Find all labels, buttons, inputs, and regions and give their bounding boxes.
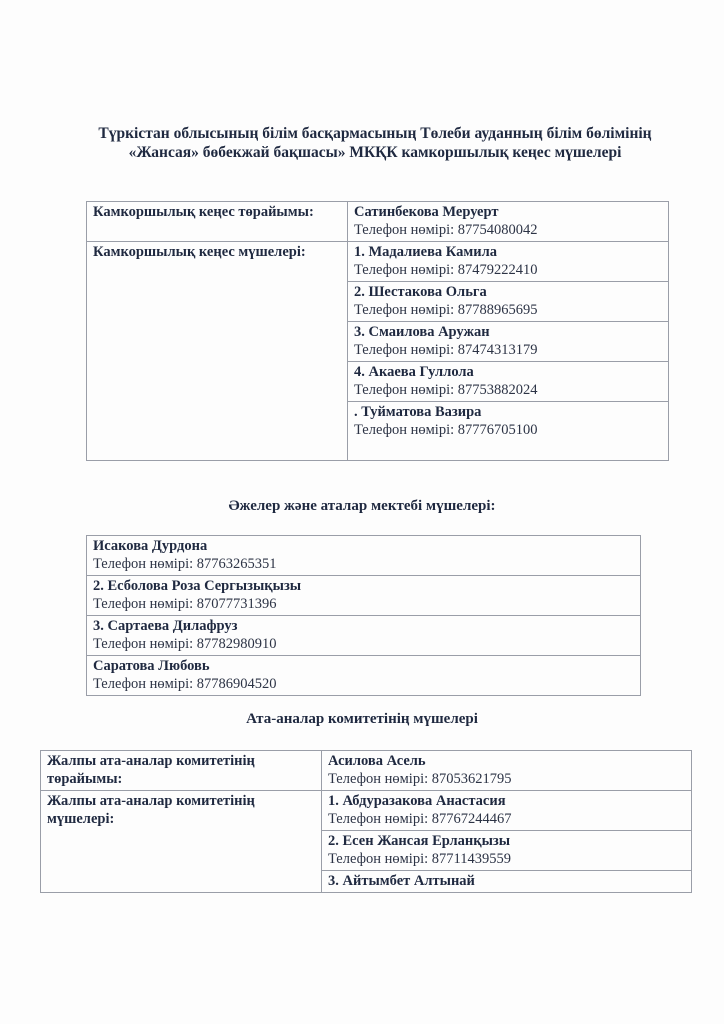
parents-member: 1. Абдуразакова Анастасия Телефон нөмірі… bbox=[322, 791, 692, 831]
person-name: Исакова Дурдона bbox=[93, 537, 634, 555]
grandparent-member: Саратова Любовь Телефон нөмірі: 87786904… bbox=[87, 656, 641, 696]
person-name: Сатинбекова Меруерт bbox=[354, 203, 662, 221]
person-phone: Телефон нөмірі: 87479222410 bbox=[354, 261, 662, 279]
board-members-label: Камкоршылық кеңес мүшелері: bbox=[87, 242, 348, 461]
parents-chair-label: Жалпы ата-аналар комитетінің төрайымы: bbox=[41, 751, 322, 791]
person-name: 3. Сартаева Дилафруз bbox=[93, 617, 634, 635]
person-phone: Телефон нөмірі: 87782980910 bbox=[93, 635, 634, 653]
parents-members-label: Жалпы ата-аналар комитетінің мүшелері: bbox=[41, 791, 322, 893]
person-phone: Телефон нөмірі: 87788965695 bbox=[354, 301, 662, 319]
person-phone: Телефон нөмірі: 87711439559 bbox=[328, 850, 685, 868]
board-chair: Сатинбекова Меруерт Телефон нөмірі: 8775… bbox=[348, 202, 669, 242]
person-name: 2. Есболова Роза Сергызықызы bbox=[93, 577, 634, 595]
person-name: 1. Абдуразакова Анастасия bbox=[328, 792, 685, 810]
parents-heading: Ата-аналар комитетінің мүшелері bbox=[0, 711, 724, 728]
board-member: 4. Акаева Гуллола Телефон нөмірі: 877538… bbox=[348, 362, 669, 402]
person-phone: Телефон нөмірі: 87754080042 bbox=[354, 221, 662, 239]
document-title: Түркістан облысының білім басқармасының … bbox=[80, 124, 670, 162]
board-member: 1. Мадалиева Камила Телефон нөмірі: 8747… bbox=[348, 242, 669, 282]
person-name: 3. Айтымбет Алтынай bbox=[328, 872, 685, 890]
parents-table: Жалпы ата-аналар комитетінің төрайымы: А… bbox=[40, 750, 692, 893]
person-phone: Телефон нөмірі: 87053621795 bbox=[328, 770, 685, 788]
grandparents-table: Исакова Дурдона Телефон нөмірі: 87763265… bbox=[86, 535, 641, 696]
person-name: 4. Акаева Гуллола bbox=[354, 363, 662, 381]
grandparent-member: 2. Есболова Роза Сергызықызы Телефон нөм… bbox=[87, 576, 641, 616]
board-table: Камкоршылық кеңес төрайымы: Сатинбекова … bbox=[86, 201, 669, 461]
parents-member: 3. Айтымбет Алтынай bbox=[322, 871, 692, 893]
person-name: 1. Мадалиева Камила bbox=[354, 243, 662, 261]
person-phone: Телефон нөмірі: 87077731396 bbox=[93, 595, 634, 613]
person-phone: Телефон нөмірі: 87753882024 bbox=[354, 381, 662, 399]
grandparent-member: 3. Сартаева Дилафруз Телефон нөмірі: 877… bbox=[87, 616, 641, 656]
board-member: 2. Шестакова Ольга Телефон нөмірі: 87788… bbox=[348, 282, 669, 322]
grandparents-heading: Әжелер және аталар мектебі мүшелері: bbox=[0, 498, 724, 515]
board-chair-label: Камкоршылық кеңес төрайымы: bbox=[87, 202, 348, 242]
person-name: 2. Шестакова Ольга bbox=[354, 283, 662, 301]
person-phone: Телефон нөмірі: 87474313179 bbox=[354, 341, 662, 359]
grandparent-member: Исакова Дурдона Телефон нөмірі: 87763265… bbox=[87, 536, 641, 576]
person-name: 2. Есен Жансая Ерланқызы bbox=[328, 832, 685, 850]
board-member: . Туйматова Вазира Телефон нөмірі: 87776… bbox=[348, 402, 669, 461]
person-name: . Туйматова Вазира bbox=[354, 403, 662, 421]
person-phone: Телефон нөмірі: 87786904520 bbox=[93, 675, 634, 693]
board-member: 3. Смаилова Аружан Телефон нөмірі: 87474… bbox=[348, 322, 669, 362]
person-phone: Телефон нөмірі: 87776705100 bbox=[354, 421, 662, 439]
person-phone: Телефон нөмірі: 87763265351 bbox=[93, 555, 634, 573]
parents-member: 2. Есен Жансая Ерланқызы Телефон нөмірі:… bbox=[322, 831, 692, 871]
person-name: Асилова Асель bbox=[328, 752, 685, 770]
parents-chair: Асилова Асель Телефон нөмірі: 8705362179… bbox=[322, 751, 692, 791]
person-name: 3. Смаилова Аружан bbox=[354, 323, 662, 341]
person-phone: Телефон нөмірі: 87767244467 bbox=[328, 810, 685, 828]
person-name: Саратова Любовь bbox=[93, 657, 634, 675]
